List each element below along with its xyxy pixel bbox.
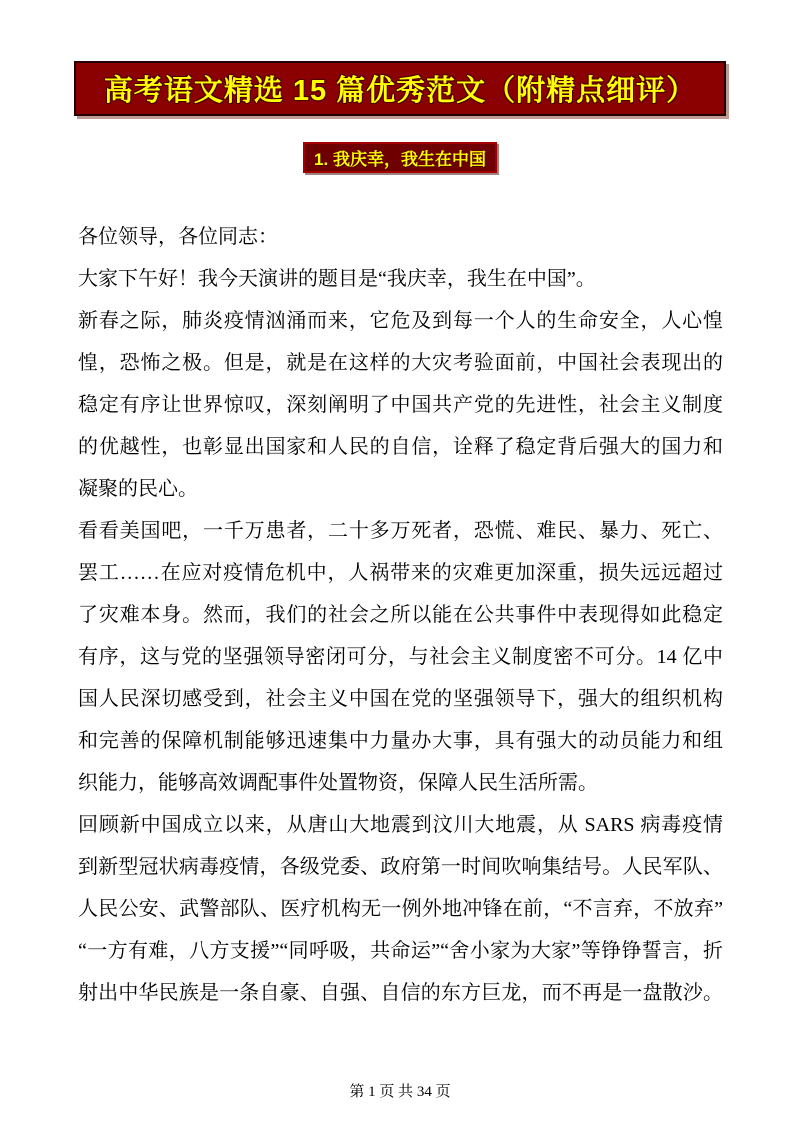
document-title: 高考语文精选 15 篇优秀范文（附精点细评）	[104, 68, 696, 109]
text-line: 织能力，能够高效调配事件处置物资，保障人民生活所需。	[78, 762, 723, 804]
text-line: 和完善的保障机制能够迅速集中力量办大事，具有强大的动员能力和组	[78, 720, 723, 762]
section-title-box: 1. 我庆幸，我生在中国	[303, 142, 497, 173]
text-line: 凝聚的民心。	[78, 468, 723, 510]
text-line: 新春之际，肺炎疫情汹涌而来，它危及到每一个人的生命安全，人心惶	[78, 300, 723, 342]
text-line: 的优越性，也彰显出国家和人民的自信，诠释了稳定背后强大的国力和	[78, 426, 723, 468]
text-line: 看看美国吧，一千万患者，二十多万死者，恐慌、难民、暴力、死亡、	[78, 510, 723, 552]
text-line: 国人民深切感受到，社会主义中国在党的坚强领导下，强大的组织机构	[78, 678, 723, 720]
text-line: 了灾难本身。然而，我们的社会之所以能在公共事件中表现得如此稳定	[78, 594, 723, 636]
document-page: 高考语文精选 15 篇优秀范文（附精点细评） 1. 我庆幸，我生在中国 各位领导…	[0, 0, 800, 1132]
text-line: 人民公安、武警部队、医疗机构无一例外地冲锋在前，“不言弃，不放弃”	[78, 888, 723, 930]
text-line: 大家下午好！我今天演讲的题目是“我庆幸，我生在中国”。	[78, 258, 723, 300]
document-title-banner: 高考语文精选 15 篇优秀范文（附精点细评）	[74, 61, 726, 116]
text-line: 罢工……在应对疫情危机中，人祸带来的灾难更加深重，损失远远超过	[78, 552, 723, 594]
text-line: 各位领导，各位同志：	[78, 216, 723, 258]
body-text: 各位领导，各位同志：大家下午好！我今天演讲的题目是“我庆幸，我生在中国”。新春之…	[78, 216, 723, 1014]
text-line: 惶，恐怖之极。但是，就是在这样的大灾考验面前，中国社会表现出的	[78, 342, 723, 384]
text-line: 到新型冠状病毒疫情，各级党委、政府第一时间吹响集结号。人民军队、	[78, 846, 723, 888]
text-line: 有序，这与党的坚强领导密闭可分，与社会主义制度密不可分。14 亿中	[78, 636, 723, 678]
text-line: 回顾新中国成立以来，从唐山大地震到汶川大地震，从 SARS 病毒疫情	[78, 804, 723, 846]
text-line: 射出中华民族是一条自豪、自强、自信的东方巨龙，而不再是一盘散沙。	[78, 972, 723, 1014]
section-title: 1. 我庆幸，我生在中国	[314, 145, 486, 170]
page-footer: 第 1 页 共 34 页	[0, 1080, 800, 1101]
text-line: “一方有难，八方支援”“同呼吸，共命运”“舍小家为大家”等铮铮誓言，折	[78, 930, 723, 972]
text-line: 稳定有序让世界惊叹，深刻阐明了中国共产党的先进性，社会主义制度	[78, 384, 723, 426]
